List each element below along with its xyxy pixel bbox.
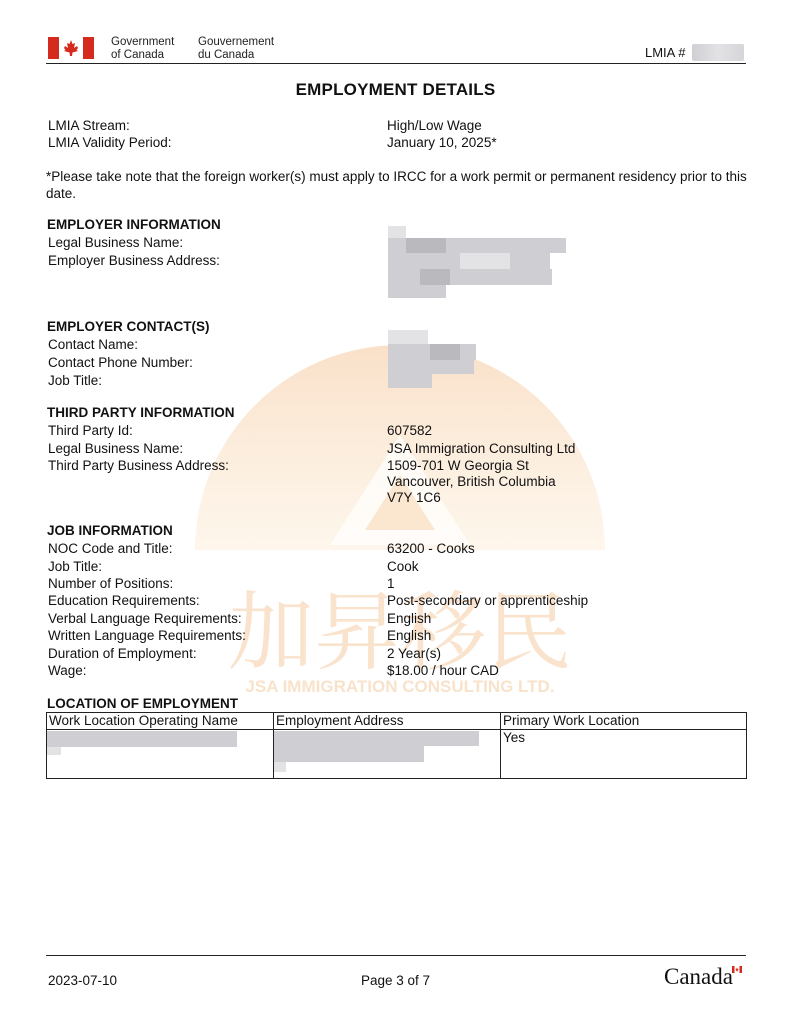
col-primary-location: Primary Work Location	[501, 713, 747, 730]
svg-text:JSA IMMIGRATION CONSULTING LTD: JSA IMMIGRATION CONSULTING LTD.	[245, 677, 554, 696]
written-language-label: Written Language Requirements:	[48, 627, 246, 645]
lmia-number-label: LMIA #	[645, 45, 685, 60]
employer-contacts-heading: EMPLOYER CONTACT(S)	[47, 319, 210, 334]
header-divider	[46, 63, 746, 64]
lmia-validity-label: LMIA Validity Period:	[48, 134, 172, 152]
location-table-header: Work Location Operating Name Employment …	[47, 713, 747, 730]
third-party-address-line2: Vancouver, British Columbia	[387, 473, 556, 491]
third-party-address-line1: 1509-701 W Georgia St	[387, 457, 529, 475]
employment-address-redacted	[274, 731, 479, 746]
positions-value: 1	[387, 575, 395, 593]
canada-wordmark: Canada	[664, 964, 733, 990]
table-row: Yes	[47, 730, 747, 779]
lmia-validity-value: January 10, 2025*	[387, 134, 497, 152]
gov-en-line2: of Canada	[111, 49, 174, 62]
canada-flag-icon	[48, 37, 94, 59]
employer-information-heading: EMPLOYER INFORMATION	[47, 217, 221, 232]
operating-name-cell	[47, 730, 274, 779]
operating-name-redacted	[47, 731, 237, 747]
verbal-language-label: Verbal Language Requirements:	[48, 610, 242, 628]
positions-label: Number of Positions:	[48, 575, 173, 593]
lmia-stream-value: High/Low Wage	[387, 117, 482, 135]
third-party-heading: THIRD PARTY INFORMATION	[47, 405, 235, 420]
validity-note: *Please take note that the foreign worke…	[46, 168, 751, 202]
gov-fr-line2: du Canada	[198, 49, 274, 62]
location-table: Work Location Operating Name Employment …	[46, 712, 747, 779]
third-party-address-label: Third Party Business Address:	[48, 457, 229, 475]
employment-address-cell	[274, 730, 501, 779]
job-information-heading: JOB INFORMATION	[47, 523, 173, 538]
page-title: EMPLOYMENT DETAILS	[0, 80, 791, 100]
wordmark-flag-icon	[732, 966, 742, 973]
third-party-id-value: 607582	[387, 422, 432, 440]
location-heading: LOCATION OF EMPLOYMENT	[47, 696, 238, 711]
duration-label: Duration of Employment:	[48, 645, 197, 663]
gov-fr-line1: Gouvernement	[198, 36, 274, 49]
noc-label: NOC Code and Title:	[48, 540, 173, 558]
lmia-stream-label: LMIA Stream:	[48, 117, 130, 135]
verbal-language-value: English	[387, 610, 431, 628]
col-operating-name: Work Location Operating Name	[47, 713, 274, 730]
education-value: Post-secondary or apprenticeship	[387, 592, 588, 610]
third-party-legal-name-value: JSA Immigration Consulting Ltd	[387, 440, 575, 458]
primary-location-cell: Yes	[501, 730, 747, 779]
third-party-id-label: Third Party Id:	[48, 422, 133, 440]
government-of-canada-en: Government of Canada	[111, 36, 174, 61]
footer-divider	[46, 955, 746, 956]
lmia-number-redacted	[692, 44, 744, 61]
wage-label: Wage:	[48, 662, 87, 680]
written-language-value: English	[387, 627, 431, 645]
gov-en-line1: Government	[111, 36, 174, 49]
duration-value: 2 Year(s)	[387, 645, 441, 663]
government-of-canada-fr: Gouvernement du Canada	[198, 36, 274, 61]
contact-job-title-label: Job Title:	[48, 372, 102, 390]
contact-phone-label: Contact Phone Number:	[48, 354, 193, 372]
noc-value: 63200 - Cooks	[387, 540, 475, 558]
job-title-label: Job Title:	[48, 558, 102, 576]
contact-name-label: Contact Name:	[48, 336, 138, 354]
legal-business-name-label: Legal Business Name:	[48, 234, 183, 252]
third-party-address-line3: V7Y 1C6	[387, 489, 441, 507]
wage-value: $18.00 / hour CAD	[387, 662, 499, 680]
job-title-value: Cook	[387, 558, 419, 576]
employer-address-label: Employer Business Address:	[48, 252, 220, 270]
col-employment-address: Employment Address	[274, 713, 501, 730]
education-label: Education Requirements:	[48, 592, 200, 610]
third-party-legal-name-label: Legal Business Name:	[48, 440, 183, 458]
